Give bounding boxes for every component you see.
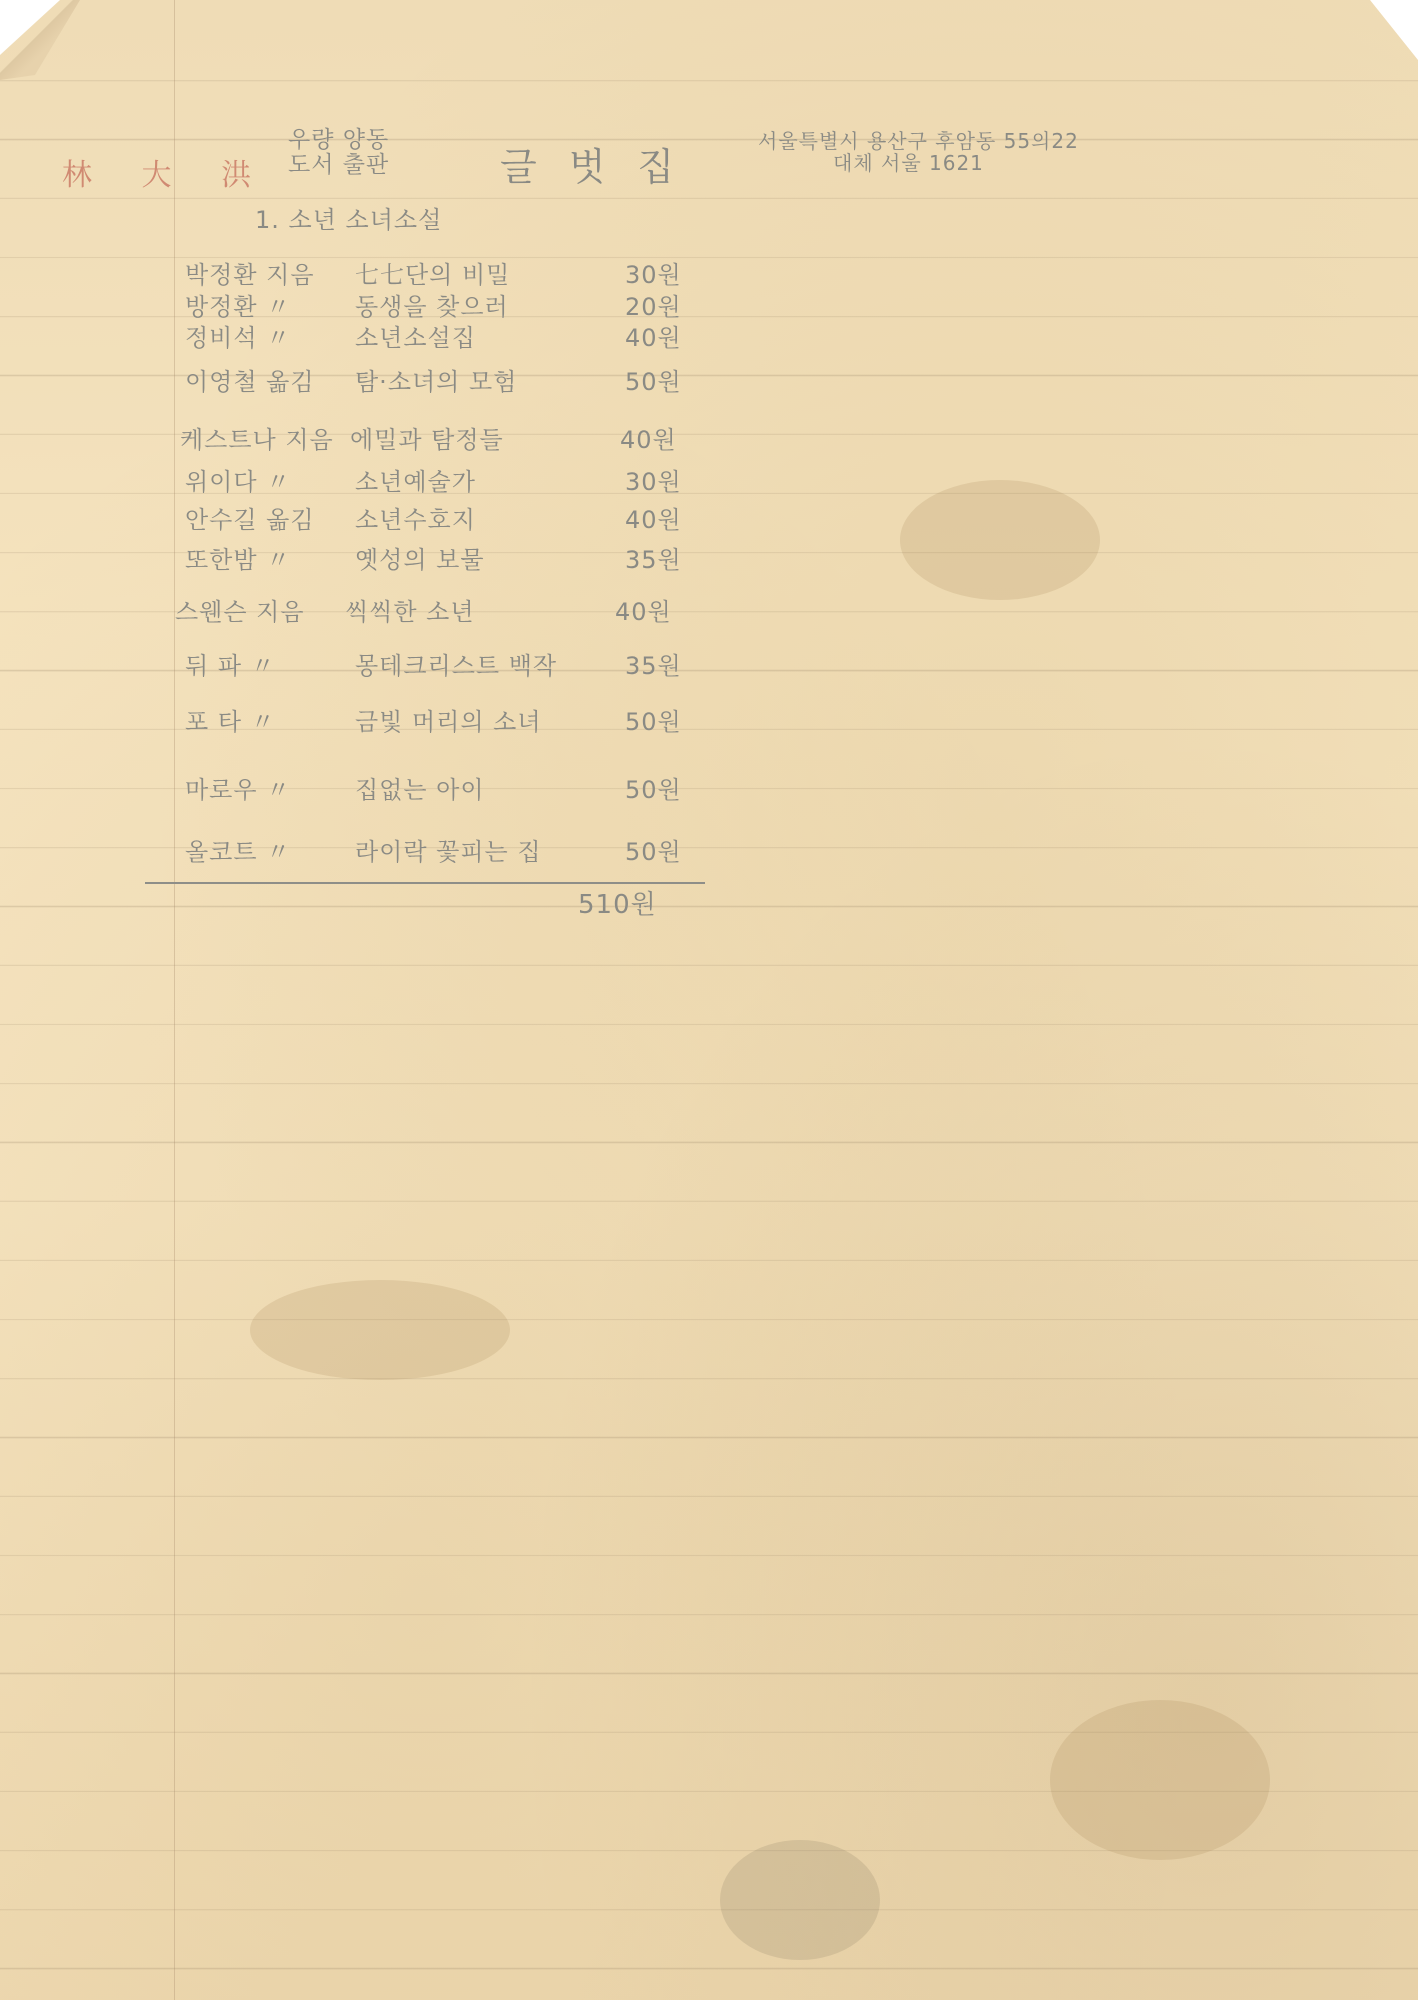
publisher-label-1: 우량 양동 도서 출판	[288, 128, 389, 178]
book-title: 몽테크리스트 백작	[355, 646, 625, 681]
book-author: 마로우 〃	[185, 770, 355, 805]
book-price: 20원	[625, 287, 715, 322]
book-row: 또한밤 〃 옛성의 보물 35원	[185, 540, 715, 575]
book-author: 박정환 지음	[185, 255, 355, 290]
book-price: 40원	[615, 592, 705, 627]
book-price: 35원	[625, 646, 715, 681]
address-line-1: 서울특별시 용산구 후암동 55의22	[758, 130, 1079, 152]
book-price: 40원	[625, 500, 715, 535]
book-author: 포 타 〃	[185, 702, 355, 737]
book-row: 올코트 〃 라이락 꽃피는 집 50원	[185, 832, 715, 867]
book-author: 케스트나 지음	[180, 420, 350, 455]
stain	[1050, 1700, 1270, 1860]
stain	[900, 480, 1100, 600]
book-row: 안수길 옮김 소년수호지 40원	[185, 500, 715, 535]
book-title: 소년예술가	[355, 462, 625, 497]
book-author: 안수길 옮김	[185, 500, 355, 535]
book-title: 라이락 꽃피는 집	[355, 832, 625, 867]
address-block: 서울특별시 용산구 후암동 55의22 대체 서울 1621	[758, 130, 1079, 174]
book-row: 위이다 〃 소년예술가 30원	[185, 462, 715, 497]
book-author: 뒤 파 〃	[185, 646, 355, 681]
book-price: 40원	[625, 318, 715, 353]
book-title: 탐·소녀의 모험	[355, 362, 625, 397]
stain	[720, 1840, 880, 1960]
book-price: 50원	[625, 832, 715, 867]
book-title: 소년소설집	[355, 318, 625, 353]
book-row: 정비석 〃 소년소설집 40원	[185, 318, 715, 353]
publisher-line-1: 우량 양동	[288, 128, 389, 153]
book-row: 케스트나 지음 에밀과 탐정들 40원	[180, 420, 710, 455]
book-author: 위이다 〃	[185, 462, 355, 497]
publisher-line-2: 도서 출판	[288, 153, 389, 178]
book-price: 35원	[625, 540, 715, 575]
margin-line	[174, 0, 175, 2000]
book-price: 50원	[625, 770, 715, 805]
book-price: 50원	[625, 362, 715, 397]
book-price: 30원	[625, 462, 715, 497]
book-title: 씩씩한 소년	[345, 592, 615, 627]
stain	[250, 1280, 510, 1380]
book-author: 정비석 〃	[185, 318, 355, 353]
book-author: 올코트 〃	[185, 832, 355, 867]
book-row: 뒤 파 〃 몽테크리스트 백작 35원	[185, 646, 715, 681]
book-title: 집없는 아이	[355, 770, 625, 805]
book-author: 또한밤 〃	[185, 540, 355, 575]
book-row: 마로우 〃 집없는 아이 50원	[185, 770, 715, 805]
book-author: 이영철 옮김	[185, 362, 355, 397]
owner-name-stamp: 林 大 洪	[62, 150, 271, 194]
book-title: 에밀과 탐정들	[350, 420, 620, 455]
section-heading: 1. 소년 소녀소설	[255, 200, 442, 235]
book-row: 이영철 옮김 탐·소녀의 모험 50원	[185, 362, 715, 397]
book-author: 스웬슨 지음	[175, 592, 345, 627]
book-title: 옛성의 보물	[355, 540, 625, 575]
book-price: 40원	[620, 420, 710, 455]
book-row: 포 타 〃 금빛 머리의 소녀 50원	[185, 702, 715, 737]
book-title: 소년수호지	[355, 500, 625, 535]
book-price: 50원	[625, 702, 715, 737]
book-title: 금빛 머리의 소녀	[355, 702, 625, 737]
publisher-title: 글벗집	[500, 136, 706, 191]
address-line-2: 대체 서울 1621	[758, 152, 1079, 174]
book-price: 30원	[625, 255, 715, 290]
book-title: 동생을 찾으러	[355, 287, 625, 322]
book-row: 박정환 지음 七七단의 비밀 30원	[185, 255, 715, 290]
book-row: 방정환 〃 동생을 찾으러 20원	[185, 287, 715, 322]
price-total: 510원	[578, 884, 657, 921]
book-row: 스웬슨 지음 씩씩한 소년 40원	[175, 592, 705, 627]
book-title: 七七단의 비밀	[355, 255, 625, 290]
book-author: 방정환 〃	[185, 287, 355, 322]
